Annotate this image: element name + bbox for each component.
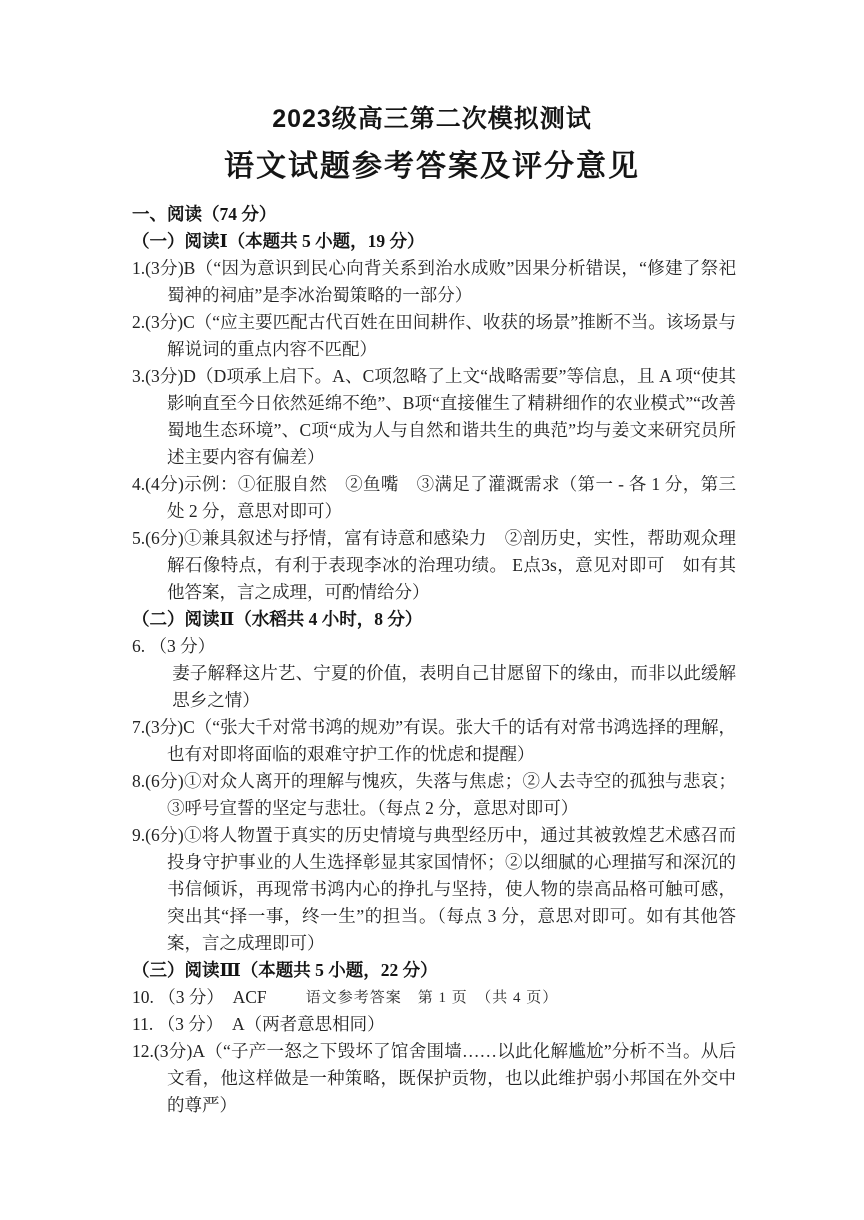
document-title: 语文试题参考答案及评分意见 [0,148,864,186]
answer-q3: 3.(3分)D（D项承上启下。A、C项忽略了上文“战略需要”等信息，且 A 项“… [132,363,736,471]
answer-q12: 12.(3分)A（“子产一怒之下毁坏了馆舍围墙……以此化解尴尬”分析不当。从后文… [132,1038,736,1119]
section-reading-heading: 一、阅读（74 分） [132,201,736,228]
answer-q1: 1.(3分)B（“因为意识到民心向背关系到治水成败”因果分析错误，“修建了祭祀蜀… [132,255,736,309]
exam-title: 2023级高三第二次模拟测试 [0,104,864,135]
answer-q11: 11. （3 分） A（两者意思相同） [132,1011,736,1038]
answer-q9: 9.(6分)①将人物置于真实的历史情境与典型经历中，通过其被敦煌艺术感召而投身守… [132,822,736,957]
subsection-reading-3-heading: （三）阅读Ⅲ（本题共 5 小题，22 分） [132,957,736,984]
document-header: 2023级高三第二次模拟测试 语文试题参考答案及评分意见 [0,104,864,186]
subsection-reading-2-heading: （二）阅读Ⅱ（水稻共 4 小时，8 分） [132,606,736,633]
answer-q4: 4.(4分)示例：①征服自然 ②鱼嘴 ③满足了灌溉需求（第一 - 各 1 分，第… [132,471,736,525]
answer-q7: 7.(3分)C（“张大千对常书鸿的规劝”有误。张大千的话有对常书鸿选择的理解，也… [132,714,736,768]
answer-q6-score: 6. （3 分） [132,633,736,660]
answer-q8: 8.(6分)①对众人离开的理解与愧疚，失落与焦虑；②人去寺空的孤独与悲哀；③呼号… [132,768,736,822]
answer-body: 一、阅读（74 分） （一）阅读Ⅰ（本题共 5 小题，19 分） 1.(3分)B… [132,201,736,1119]
page-footer: 语文参考答案 第 1 页 （共 4 页） [0,986,864,1007]
answer-sheet-page: 2023级高三第二次模拟测试 语文试题参考答案及评分意见 一、阅读（74 分） … [0,0,864,1220]
answer-q6-detail: 妻子解释这片艺、宁夏的价值，表明自己甘愿留下的缘由，而非以此缓解思乡之情） [132,660,736,714]
answer-q5: 5.(6分)①兼具叙述与抒情，富有诗意和感染力 ②剖历史，实性，帮助观众理解石像… [132,525,736,606]
subsection-reading-1-heading: （一）阅读Ⅰ（本题共 5 小题，19 分） [132,228,736,255]
answer-q2: 2.(3分)C（“应主要匹配古代百姓在田间耕作、收获的场景”推断不当。该场景与解… [132,309,736,363]
